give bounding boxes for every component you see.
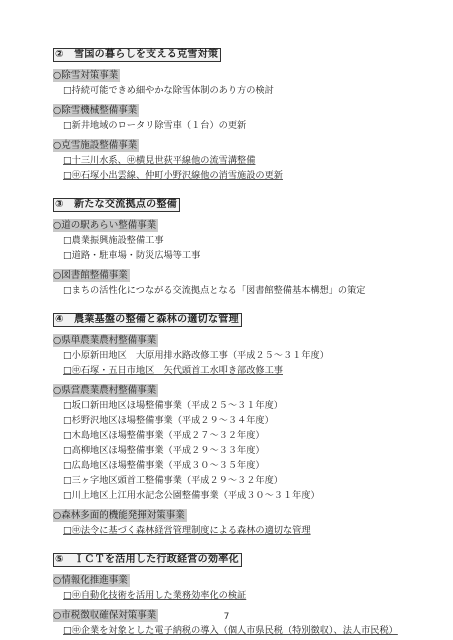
- project-group: ○除雪機械整備事業□新井地域のロータリ除雪車（１台）の更新: [53, 98, 413, 133]
- list-item: □農業振興施設整備工事: [53, 233, 413, 248]
- item-text: □広島地区ほ場整備事業（平成３０～３５年度）: [63, 460, 265, 471]
- new-item-text: □㊥企業を対象とした電子納税の導入（個人市県民税（特別徴収）、法人市民税）: [63, 625, 398, 636]
- item-text: □高柳地区ほ場整備事業（平成２９～３３年度）: [63, 445, 265, 456]
- project-group: ○克雪施設整備事業□十三川水系、㊥横見世荻平線他の流雪溝整備□㊥石塚小出雲線、仲…: [53, 133, 413, 183]
- list-item: □㊥法令に基づく森林経営管理制度による森林の適切な管理: [53, 523, 413, 538]
- list-item: □三ヶ字地区頭首工整備事業（平成２９～３２年度）: [53, 473, 413, 488]
- item-text: □木島地区ほ場整備事業（平成２７～３２年度）: [63, 430, 265, 441]
- list-item: □㊥石塚小出雲線、仲町小野沢線他の消雪施設の更新: [53, 168, 413, 183]
- section-title: ③ 新たな交流拠点の整備: [53, 198, 180, 212]
- project-heading: ○除雪機械整備事業: [53, 104, 139, 117]
- list-item: □㊥石塚・五日市地区 矢代頭首工水叩き部改修工事: [53, 363, 413, 378]
- project-heading: ○県営農業農村整備事業: [53, 384, 158, 397]
- item-text: □杉野沢地区ほ場整備事業（平成２９～３４年度）: [63, 415, 274, 426]
- new-item-text: □十三川水系、㊥横見世荻平線他の流雪溝整備: [63, 155, 255, 166]
- list-item: □川上地区上江用水記念公園整備事業（平成３０～３１年度）: [53, 488, 413, 503]
- item-text: □川上地区上江用水記念公園整備事業（平成３０～３１年度）: [63, 490, 320, 501]
- project-heading: ○道の駅あらい整備事業: [53, 219, 158, 232]
- document-page: ② 雪国の暮らしを支える克雪対策○除雪対策事業□持続可能できめ細やかな除雪体制の…: [53, 42, 413, 640]
- project-group: ○森林多面的機能発揮対策事業□㊥法令に基づく森林経営管理制度による森林の適切な管…: [53, 503, 413, 538]
- project-group: ○県単農業農村整備事業□小原新田地区 大原用排水路改修工事（平成２５～３１年度）…: [53, 328, 413, 378]
- list-item: □十三川水系、㊥横見世荻平線他の流雪溝整備: [53, 153, 413, 168]
- section: ⑤ ＩＣＴを活用した行政経営の効率化○情報化推進事業□㊥自動化技術を活用した業務…: [53, 547, 413, 638]
- project-group: ○県営農業農村整備事業□坂口新田地区ほ場整備事業（平成２５～３１年度）□杉野沢地…: [53, 378, 413, 503]
- item-text: □持続可能できめ細やかな除雪体制のあり方の検討: [63, 85, 274, 96]
- project-heading: ○除雪対策事業: [53, 69, 120, 82]
- item-text: □新井地域のロータリ除雪車（１台）の更新: [63, 120, 246, 131]
- item-text: □小原新田地区 大原用排水路改修工事（平成２５～３１年度）: [63, 350, 329, 361]
- section-title: ④ 農業基盤の整備と森林の適切な管理: [53, 313, 242, 327]
- list-item: □持続可能できめ細やかな除雪体制のあり方の検討: [53, 83, 413, 98]
- list-item: □㊥企業を対象とした電子納税の導入（個人市県民税（特別徴収）、法人市民税）: [53, 623, 413, 638]
- section: ④ 農業基盤の整備と森林の適切な管理○県単農業農村整備事業□小原新田地区 大原用…: [53, 307, 413, 538]
- item-text: □まちの活性化につながる交流拠点となる「図書館整備基本構想」の策定: [63, 285, 366, 296]
- project-group: ○図書館整備事業□まちの活性化につながる交流拠点となる「図書館整備基本構想」の策…: [53, 263, 413, 298]
- list-item: □㊥自動化技術を活用した業務効率化の検証: [53, 588, 413, 603]
- list-item: □道路・駐車場・防災広場等工事: [53, 248, 413, 263]
- list-item: □杉野沢地区ほ場整備事業（平成２９～３４年度）: [53, 413, 413, 428]
- project-group: ○情報化推進事業□㊥自動化技術を活用した業務効率化の検証: [53, 568, 413, 603]
- new-item-text: □㊥自動化技術を活用した業務効率化の検証: [63, 590, 246, 601]
- page-number: 7: [0, 612, 453, 622]
- list-item: □まちの活性化につながる交流拠点となる「図書館整備基本構想」の策定: [53, 283, 413, 298]
- project-heading: ○情報化推進事業: [53, 574, 130, 587]
- item-text: □坂口新田地区ほ場整備事業（平成２５～３１年度）: [63, 400, 283, 411]
- list-item: □高柳地区ほ場整備事業（平成２９～３３年度）: [53, 443, 413, 458]
- project-heading: ○克雪施設整備事業: [53, 139, 139, 152]
- section-title: ② 雪国の暮らしを支える克雪対策: [53, 48, 221, 62]
- project-heading: ○図書館整備事業: [53, 269, 130, 282]
- list-item: □坂口新田地区ほ場整備事業（平成２５～３１年度）: [53, 398, 413, 413]
- project-heading: ○県単農業農村整備事業: [53, 334, 158, 347]
- project-group: ○除雪対策事業□持続可能できめ細やかな除雪体制のあり方の検討: [53, 63, 413, 98]
- section-title: ⑤ ＩＣＴを活用した行政経営の効率化: [53, 553, 242, 567]
- section: ③ 新たな交流拠点の整備○道の駅あらい整備事業□農業振興施設整備工事□道路・駐車…: [53, 192, 413, 298]
- project-group: ○道の駅あらい整備事業□農業振興施設整備工事□道路・駐車場・防災広場等工事: [53, 213, 413, 263]
- new-item-text: □㊥石塚・五日市地区 矢代頭首工水叩き部改修工事: [63, 365, 283, 376]
- section: ② 雪国の暮らしを支える克雪対策○除雪対策事業□持続可能できめ細やかな除雪体制の…: [53, 42, 413, 183]
- list-item: □広島地区ほ場整備事業（平成３０～３５年度）: [53, 458, 413, 473]
- item-text: □道路・駐車場・防災広場等工事: [63, 250, 200, 261]
- list-item: □木島地区ほ場整備事業（平成２７～３２年度）: [53, 428, 413, 443]
- project-heading: ○森林多面的機能発揮対策事業: [53, 509, 187, 522]
- list-item: □小原新田地区 大原用排水路改修工事（平成２５～３１年度）: [53, 348, 413, 363]
- new-item-text: □㊥石塚小出雲線、仲町小野沢線他の消雪施設の更新: [63, 170, 283, 181]
- item-text: □三ヶ字地区頭首工整備事業（平成２９～３２年度）: [63, 475, 283, 486]
- list-item: □新井地域のロータリ除雪車（１台）の更新: [53, 118, 413, 133]
- item-text: □農業振興施設整備工事: [63, 235, 164, 246]
- new-item-text: □㊥法令に基づく森林経営管理制度による森林の適切な管理: [63, 525, 311, 536]
